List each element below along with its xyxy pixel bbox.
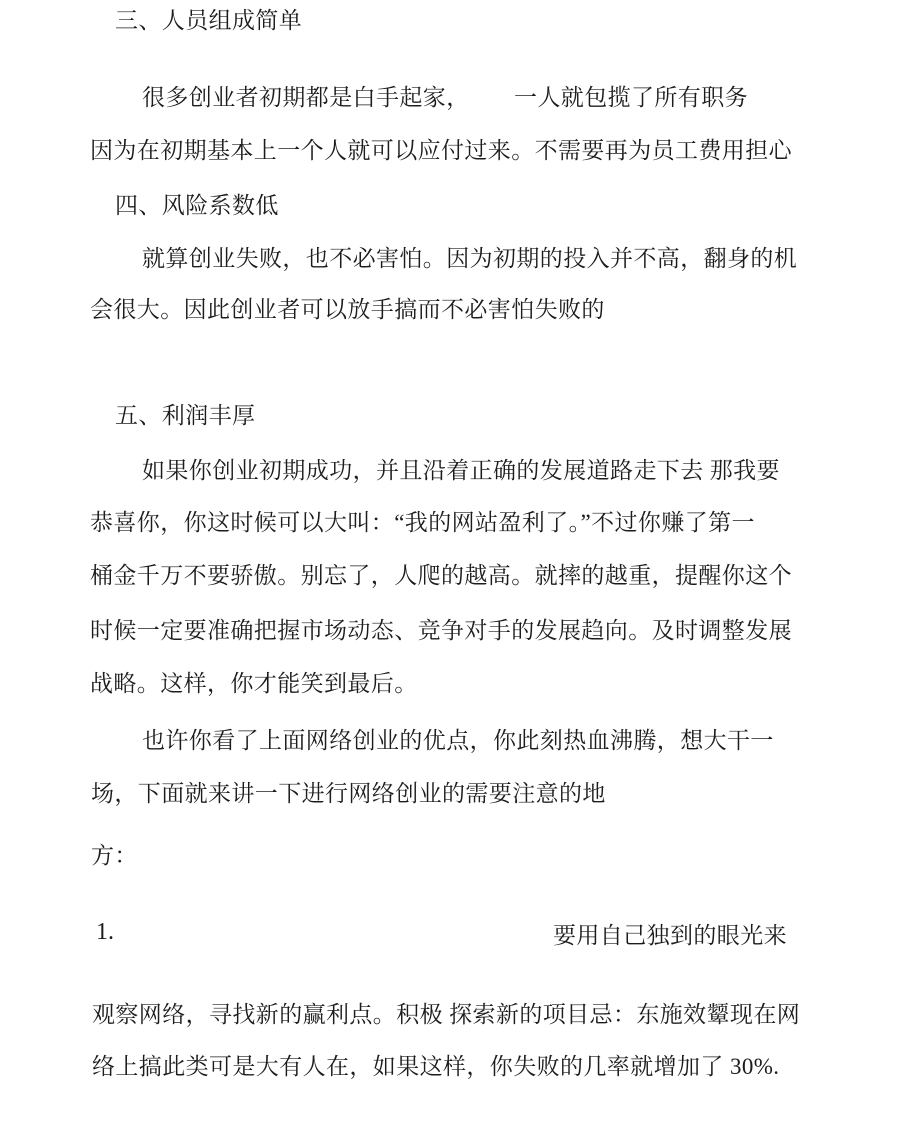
body-line: 会很大。因此创业者可以放手搞而不必害怕失败的 — [90, 296, 605, 323]
list-number-1: 1. — [96, 919, 114, 946]
body-line: 方： — [91, 842, 138, 869]
body-line: 一人就包揽了所有职务 — [514, 84, 748, 111]
body-line: 时候一定要准确把握市场动态、竞争对手的发展趋向。及时调整发展 — [90, 617, 792, 644]
body-line: 桶金千万不要骄傲。别忘了，人爬的越高。就摔的越重，提醒你这个 — [90, 562, 792, 589]
body-line: 如果你创业初期成功，并且沿着正确的发展道路走下去 那我要 — [142, 457, 780, 484]
body-line: 场，下面就来讲一下进行网络创业的需要注意的地 — [91, 780, 606, 807]
body-line: 也许你看了上面网络创业的优点，你此刻热血沸腾，想大干一 — [142, 727, 774, 754]
heading-section-3: 三、人员组成简单 — [115, 7, 302, 34]
body-line: 要用自己独到的眼光来 — [553, 922, 787, 949]
body-line: 战略。这样，你才能笑到最后。 — [90, 670, 418, 697]
body-line: 因为在初期基本上一个人就可以应付过来。不需要再为员工费用担心 — [90, 137, 792, 164]
heading-section-4: 四、风险系数低 — [115, 192, 279, 219]
body-line: 就算创业失败，也不必害怕。因为初期的投入并不高，翻身的机 — [142, 245, 797, 272]
body-line: 很多创业者初期都是白手起家， — [142, 84, 470, 111]
document-page: 三、人员组成简单很多创业者初期都是白手起家，一人就包揽了所有职务因为在初期基本上… — [0, 0, 920, 1130]
body-line: 恭喜你，你这时候可以大叫：“我的网站盈利了。”不过你赚了第一 — [90, 509, 755, 536]
heading-section-5: 五、利润丰厚 — [115, 402, 255, 429]
body-line: 络上搞此类可是大有人在，如果这样，你失败的几率就增加了 30%. — [92, 1053, 779, 1080]
body-line: 观察网络，寻找新的赢利点。积极 探索新的项目忌：东施效颦现在网 — [92, 1001, 800, 1028]
